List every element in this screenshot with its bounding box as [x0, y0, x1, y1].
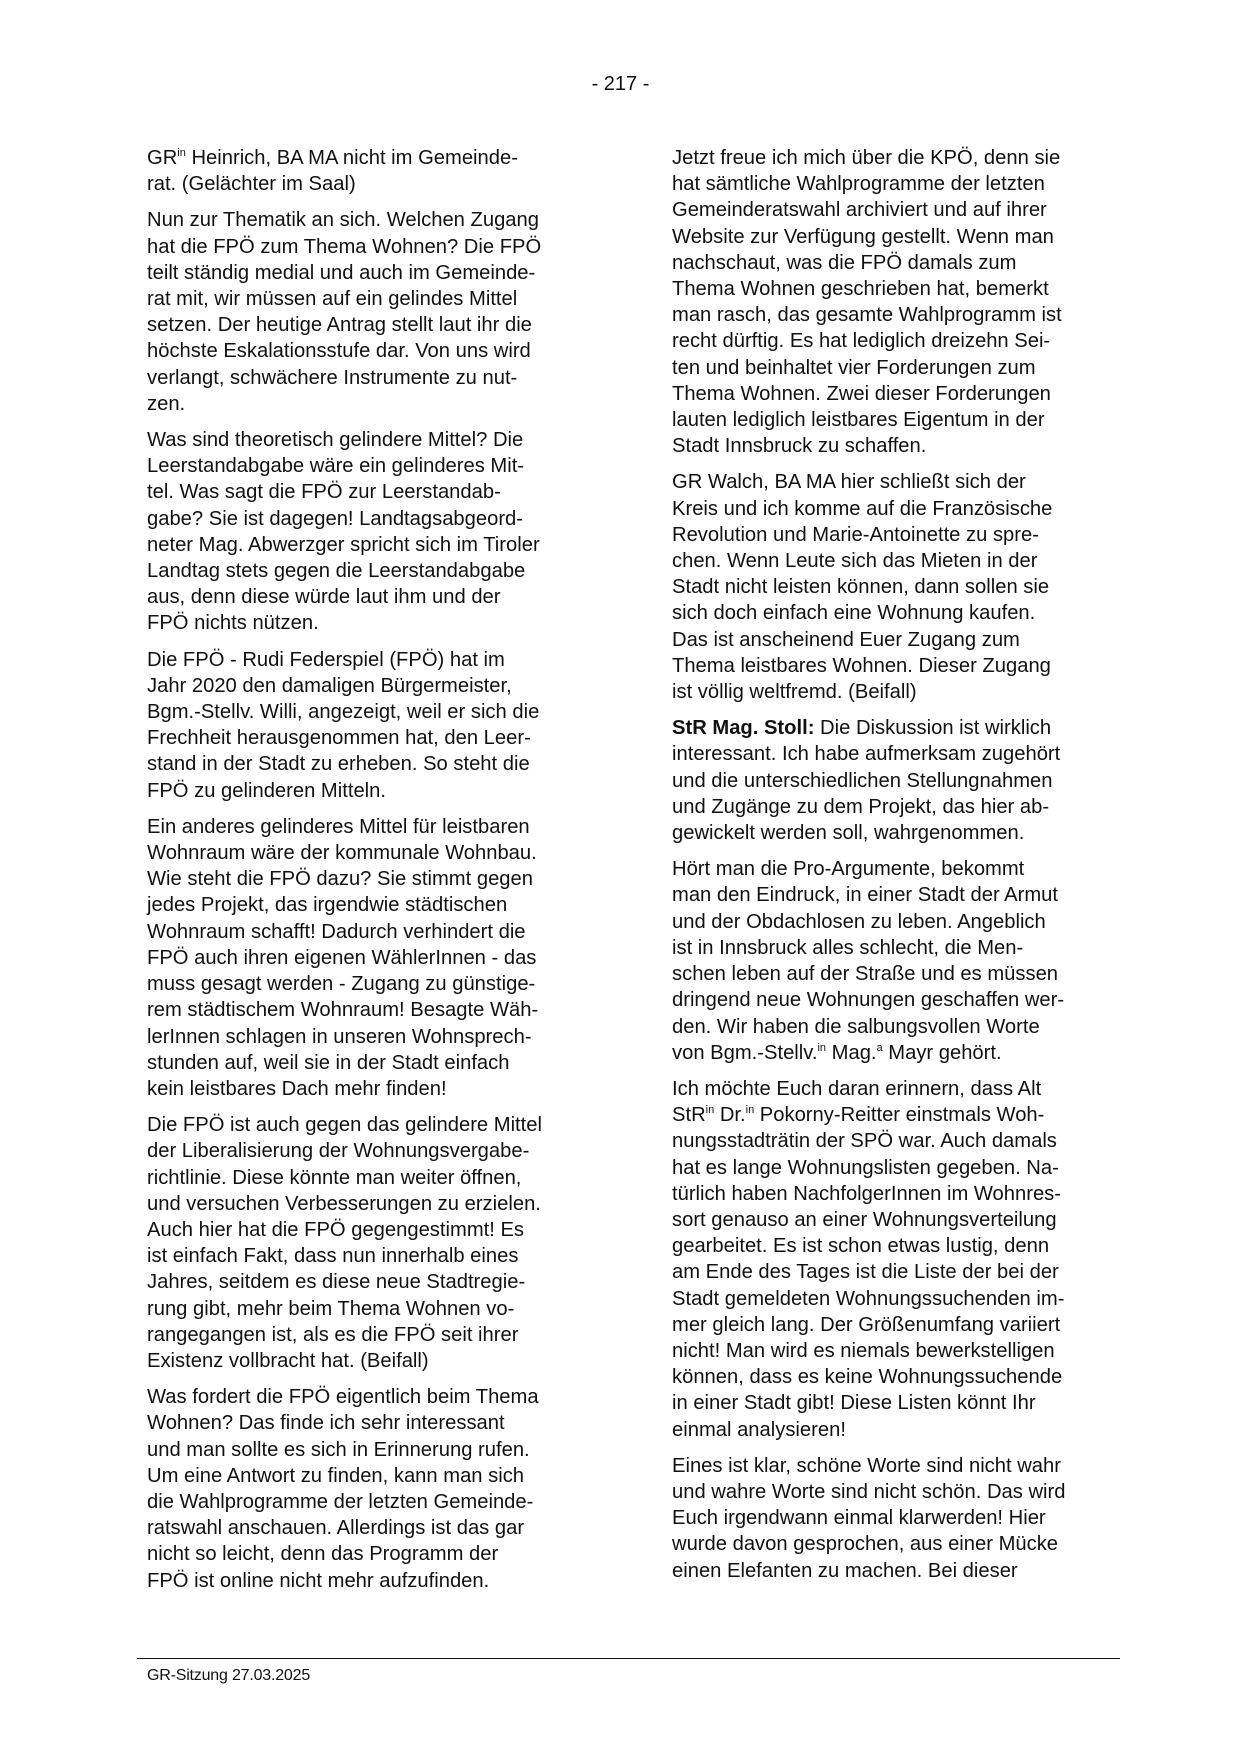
text-line: Was sind theoretisch gelindere Mittel? D… [147, 427, 599, 453]
text-line: und man sollte es sich in Erinnerung ruf… [147, 1437, 599, 1463]
paragraph: Die FPÖ ist auch gegen das gelindere Mit… [147, 1112, 599, 1374]
text-run: StR [672, 1104, 706, 1126]
text-line: FPÖ auch ihren eigenen WählerInnen - das [147, 945, 599, 971]
text-line: wurde davon gesprochen, aus einer Mücke [672, 1531, 1124, 1557]
text-line: und wahre Worte sind nicht schön. Das wi… [672, 1479, 1124, 1505]
text-line: Stadt gemeldeten Wohnungssuchenden im- [672, 1286, 1124, 1312]
text-line: Hört man die Pro-Argumente, bekommt [672, 856, 1124, 882]
text-line: der Liberalisierung der Wohnungsvergabe- [147, 1138, 599, 1164]
text-line: Nun zur Thematik an sich. Welchen Zugang [147, 207, 599, 233]
text-line: setzen. Der heutige Antrag stellt laut i… [147, 312, 599, 338]
text-line: Wohnraum schafft! Dadurch verhindert die [147, 919, 599, 945]
text-line: schen leben auf der Straße und es müssen [672, 961, 1124, 987]
paragraph: GR Walch, BA MA hier schließt sich derKr… [672, 469, 1124, 705]
text-line: stand in der Stadt zu erheben. So steht … [147, 751, 599, 777]
text-line: StRin Dr.in Pokorny-Reitter einstmals Wo… [672, 1102, 1124, 1128]
text-line: gewickelt werden soll, wahrgenommen. [672, 820, 1124, 846]
text-line: Landtag stets gegen die Leerstandabgabe [147, 558, 599, 584]
text-line: mer gleich lang. Der Größenumfang variie… [672, 1312, 1124, 1338]
text-line: nungsstadträtin der SPÖ war. Auch damals [672, 1128, 1124, 1154]
text-line: einmal analysieren! [672, 1417, 1124, 1443]
paragraph: GRin Heinrich, BA MA nicht im Gemeinde-r… [147, 145, 599, 197]
text-line: nachschaut, was die FPÖ damals zum [672, 250, 1124, 276]
text-line: Euch irgendwann einmal klarwerden! Hier [672, 1505, 1124, 1531]
text-line: Wohnraum wäre der kommunale Wohnbau. [147, 840, 599, 866]
paragraph: Was sind theoretisch gelindere Mittel? D… [147, 427, 599, 637]
text-line: und versuchen Verbesserungen zu erzielen… [147, 1191, 599, 1217]
text-line: die Wahlprogramme der letzten Gemeinde- [147, 1489, 599, 1515]
text-line: ten und beinhaltet vier Forderungen zum [672, 355, 1124, 381]
text-line: Auch hier hat die FPÖ gegengestimmt! Es [147, 1217, 599, 1243]
paragraph: Ein anderes gelinderes Mittel für leistb… [147, 814, 599, 1102]
superscript: in [177, 147, 186, 159]
text-line: gearbeitet. Es ist schon etwas lustig, d… [672, 1233, 1124, 1259]
text-line: Ein anderes gelinderes Mittel für leistb… [147, 814, 599, 840]
paragraph: Eines ist klar, schöne Worte sind nicht … [672, 1453, 1124, 1584]
text-line: Gemeinderatswahl archiviert und auf ihre… [672, 197, 1124, 223]
text-line: FPÖ nichts nützen. [147, 610, 599, 636]
text-line: rem städtischem Wohnraum! Besagte Wäh- [147, 997, 599, 1023]
text-line: einen Elefanten zu machen. Bei dieser [672, 1558, 1124, 1584]
text-line: gabe? Sie ist dagegen! Landtagsabgeord- [147, 506, 599, 532]
text-line: Thema leistbares Wohnen. Dieser Zugang [672, 653, 1124, 679]
text-line: lauten lediglich leistbares Eigentum in … [672, 407, 1124, 433]
text-line: sich doch einfach eine Wohnung kaufen. [672, 600, 1124, 626]
text-line: interessant. Ich habe aufmerksam zugehör… [672, 741, 1124, 767]
text-line: dringend neue Wohnungen geschaffen wer- [672, 987, 1124, 1013]
text-line: hat sämtliche Wahlprogramme der letzten [672, 171, 1124, 197]
text-line: höchste Eskalationsstufe dar. Von uns wi… [147, 338, 599, 364]
text-line: in einer Stadt gibt! Diese Listen könnt … [672, 1390, 1124, 1416]
text-line: muss gesagt werden - Zugang zu günstige- [147, 971, 599, 997]
text-line: Jetzt freue ich mich über die KPÖ, denn … [672, 145, 1124, 171]
paragraph: Nun zur Thematik an sich. Welchen Zugang… [147, 207, 599, 417]
text-line: ist völlig weltfremd. (Beifall) [672, 679, 1124, 705]
text-line: Frechheit herausgenommen hat, den Leer- [147, 725, 599, 751]
text-line: den. Wir haben die salbungsvollen Worte [672, 1014, 1124, 1040]
text-line: Thema Wohnen. Zwei dieser Forderungen [672, 381, 1124, 407]
text-run: Mayr gehört. [883, 1042, 1002, 1064]
text-line: aus, denn diese würde laut ihm und der [147, 584, 599, 610]
text-line: chen. Wenn Leute sich das Mieten in der [672, 548, 1124, 574]
text-line: und der Obdachlosen zu leben. Angeblich [672, 909, 1124, 935]
text-line: rangegangen ist, als es die FPÖ seit ihr… [147, 1322, 599, 1348]
paragraph: Die FPÖ - Rudi Federspiel (FPÖ) hat imJa… [147, 647, 599, 804]
text-run: GR [147, 147, 177, 169]
text-line: FPÖ ist online nicht mehr aufzufinden. [147, 1568, 599, 1594]
text-line: Stadt nicht leisten können, dann sollen … [672, 574, 1124, 600]
text-line: rung gibt, mehr beim Thema Wohnen vo- [147, 1296, 599, 1322]
text-line: FPÖ zu gelinderen Mitteln. [147, 778, 599, 804]
text-line: Leerstandabgabe wäre ein gelinderes Mit- [147, 453, 599, 479]
text-line: und Zugänge zu dem Projekt, das hier ab- [672, 794, 1124, 820]
paragraph: Jetzt freue ich mich über die KPÖ, denn … [672, 145, 1124, 459]
text-line: neter Mag. Abwerzger spricht sich im Tir… [147, 532, 599, 558]
text-run: Die Diskussion ist wirklich [814, 717, 1051, 739]
paragraph: Ich möchte Euch daran erinnern, dass Alt… [672, 1076, 1124, 1443]
text-line: teilt ständig medial und auch im Gemeind… [147, 260, 599, 286]
text-line: türlich haben NachfolgerInnen im Wohnres… [672, 1181, 1124, 1207]
text-line: Die FPÖ - Rudi Federspiel (FPÖ) hat im [147, 647, 599, 673]
text-line: Website zur Verfügung gestellt. Wenn man [672, 224, 1124, 250]
text-run: Pokorny-Reitter einstmals Woh- [754, 1104, 1044, 1126]
text-line: GRin Heinrich, BA MA nicht im Gemeinde- [147, 145, 599, 171]
text-line: Wohnen? Das finde ich sehr interessant [147, 1410, 599, 1436]
text-line: ist einfach Fakt, dass nun innerhalb ein… [147, 1243, 599, 1269]
superscript: in [706, 1104, 715, 1116]
text-line: hat es lange Wohnungslisten gegeben. Na- [672, 1155, 1124, 1181]
text-line: Existenz vollbracht hat. (Beifall) [147, 1348, 599, 1374]
text-line: stunden auf, weil sie in der Stadt einfa… [147, 1050, 599, 1076]
text-line: hat die FPÖ zum Thema Wohnen? Die FPÖ [147, 234, 599, 260]
text-line: nicht! Man wird es niemals bewerkstellig… [672, 1338, 1124, 1364]
text-line: sort genauso an einer Wohnungsverteilung [672, 1207, 1124, 1233]
text-line: lerInnen schlagen in unseren Wohnsprech- [147, 1024, 599, 1050]
right-column: Jetzt freue ich mich über die KPÖ, denn … [672, 145, 1124, 1594]
text-line: man den Eindruck, in einer Stadt der Arm… [672, 882, 1124, 908]
paragraph: Was fordert die FPÖ eigentlich beim Them… [147, 1384, 599, 1594]
text-line: und die unterschiedlichen Stellungnahmen [672, 768, 1124, 794]
text-run: Mag. [826, 1042, 877, 1064]
paragraph: StR Mag. Stoll: Die Diskussion ist wirkl… [672, 715, 1124, 846]
text-line: Bgm.-Stellv. Willi, angezeigt, weil er s… [147, 699, 599, 725]
paragraph: Hört man die Pro-Argumente, bekommtman d… [672, 856, 1124, 1066]
text-line: jedes Projekt, das irgendwie städtischen [147, 892, 599, 918]
text-run: Heinrich, BA MA nicht im Gemeinde- [186, 147, 518, 169]
text-line: rat mit, wir müssen auf ein gelindes Mit… [147, 286, 599, 312]
text-run: von Bgm.-Stellv. [672, 1042, 817, 1064]
left-column: GRin Heinrich, BA MA nicht im Gemeinde-r… [147, 145, 599, 1604]
footer-divider [137, 1658, 1120, 1659]
text-run: Dr. [714, 1104, 745, 1126]
page-number: - 217 - [0, 72, 1241, 96]
text-line: Revolution und Marie-Antoinette zu spre- [672, 522, 1124, 548]
text-line: Das ist anscheinend Euer Zugang zum [672, 627, 1124, 653]
superscript: in [746, 1104, 755, 1116]
text-line: ist in Innsbruck alles schlecht, die Men… [672, 935, 1124, 961]
text-line: Stadt Innsbruck zu schaffen. [672, 433, 1124, 459]
text-line: GR Walch, BA MA hier schließt sich der [672, 469, 1124, 495]
text-line: man rasch, das gesamte Wahlprogramm ist [672, 302, 1124, 328]
text-line: verlangt, schwächere Instrumente zu nut- [147, 365, 599, 391]
text-line: von Bgm.-Stellv.in Mag.a Mayr gehört. [672, 1040, 1124, 1066]
text-line: Um eine Antwort zu finden, kann man sich [147, 1463, 599, 1489]
text-line: recht dürftig. Es hat lediglich dreizehn… [672, 328, 1124, 354]
footer-session-date: GR-Sitzung 27.03.2025 [147, 1666, 310, 1686]
speaker-name: StR Mag. Stoll: [672, 717, 814, 739]
text-line: können, dass es keine Wohnungssuchende [672, 1364, 1124, 1390]
text-line: Ich möchte Euch daran erinnern, dass Alt [672, 1076, 1124, 1102]
text-line: am Ende des Tages ist die Liste der bei … [672, 1259, 1124, 1285]
text-line: Jahres, seitdem es diese neue Stadtregie… [147, 1269, 599, 1295]
text-line: nicht so leicht, denn das Programm der [147, 1541, 599, 1567]
text-line: Thema Wohnen geschrieben hat, bemerkt [672, 276, 1124, 302]
superscript: in [817, 1042, 826, 1054]
text-line: Wie steht die FPÖ dazu? Sie stimmt gegen [147, 866, 599, 892]
text-line: Die FPÖ ist auch gegen das gelindere Mit… [147, 1112, 599, 1138]
text-line: Eines ist klar, schöne Worte sind nicht … [672, 1453, 1124, 1479]
text-line: Was fordert die FPÖ eigentlich beim Them… [147, 1384, 599, 1410]
text-line: kein leistbares Dach mehr finden! [147, 1076, 599, 1102]
text-line: StR Mag. Stoll: Die Diskussion ist wirkl… [672, 715, 1124, 741]
text-line: richtlinie. Diese könnte man weiter öffn… [147, 1165, 599, 1191]
text-line: zen. [147, 391, 599, 417]
text-line: rat. (Gelächter im Saal) [147, 171, 599, 197]
text-line: tel. Was sagt die FPÖ zur Leerstandab- [147, 479, 599, 505]
text-line: Kreis und ich komme auf die Französische [672, 496, 1124, 522]
text-line: Jahr 2020 den damaligen Bürgermeister, [147, 673, 599, 699]
text-line: ratswahl anschauen. Allerdings ist das g… [147, 1515, 599, 1541]
